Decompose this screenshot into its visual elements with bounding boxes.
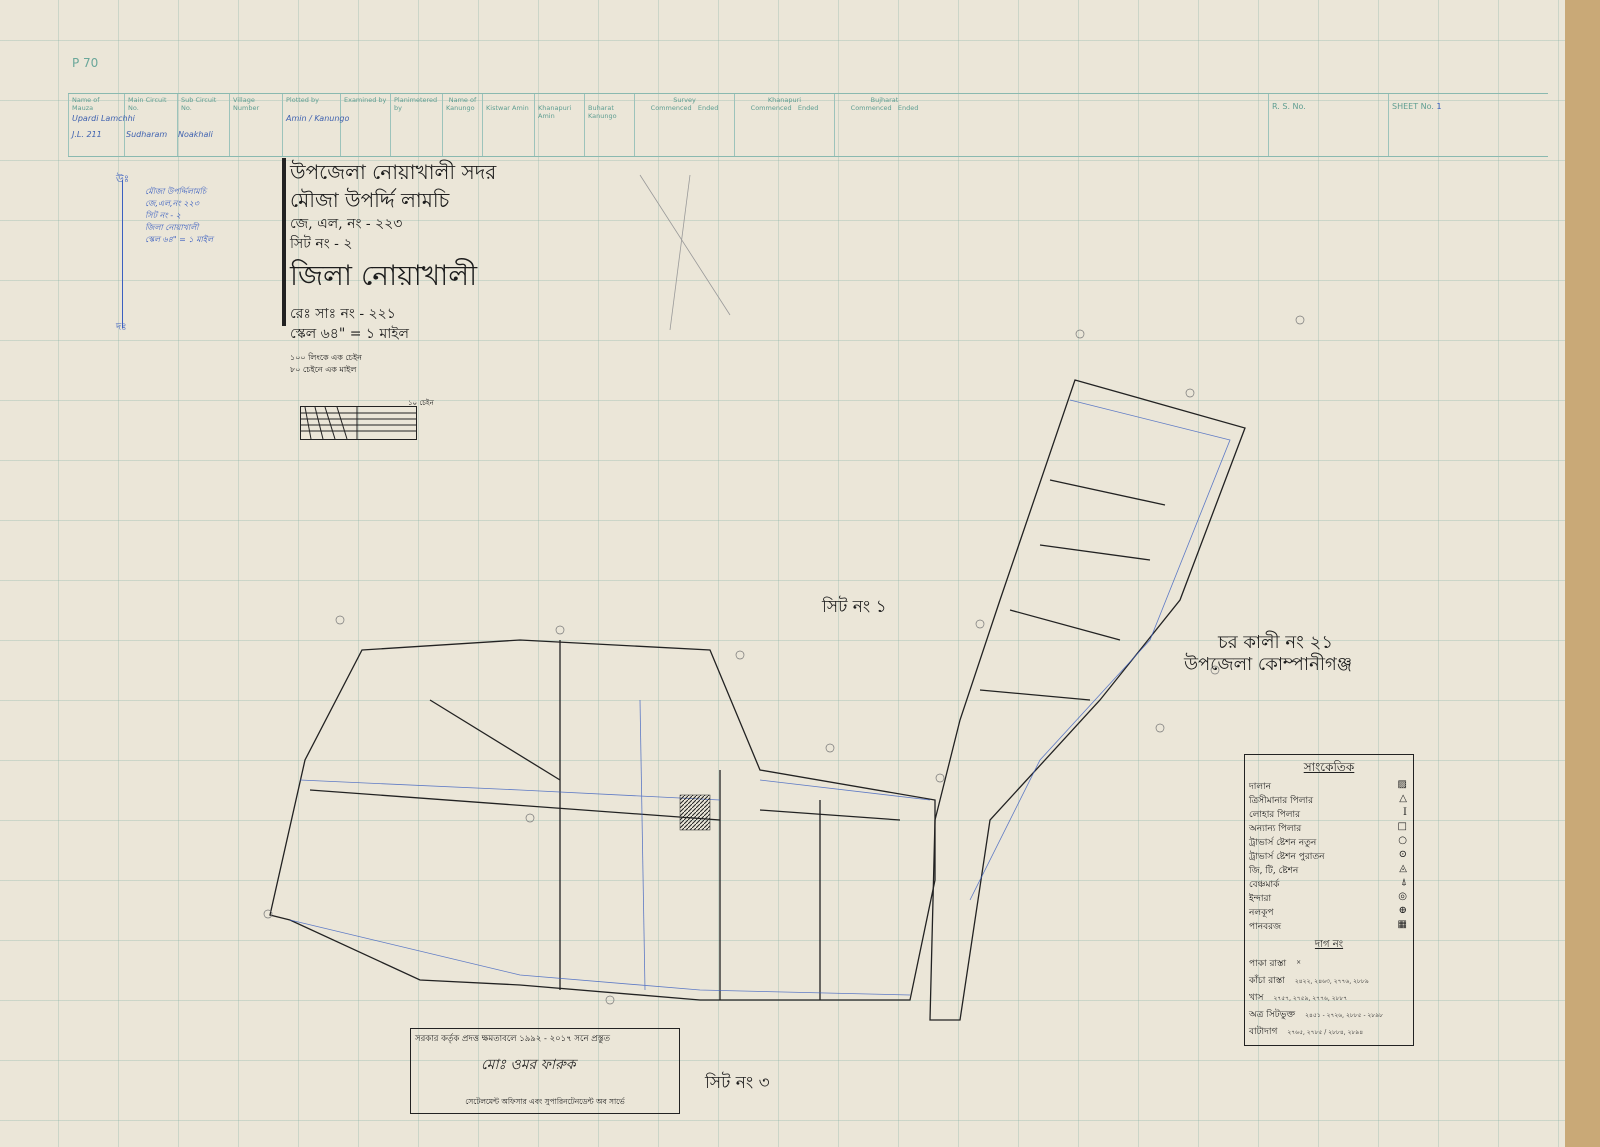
map-sheet: P 70 Name of Mauza Main Circuit No. Sub … <box>0 0 1565 1147</box>
certification-text: সরকার কর্তৃক প্রদত্ত ক্ষমতাবলে ১৯৯২ - ২০… <box>411 1029 679 1049</box>
legend-item: ট্রাভার্স ষ্টেশন নতুন○ <box>1245 835 1413 849</box>
legend-item: বেঞ্চমার্ক⍋ <box>1245 877 1413 891</box>
legend-title: সাংকেতিক <box>1245 759 1413 779</box>
legend-item: দালান▨ <box>1245 779 1413 793</box>
dag-row: পাকা রাস্তা× <box>1245 956 1413 973</box>
tubewell-icon: ⊕ <box>1399 905 1407 919</box>
tri-junction-pillar-icon: △ <box>1399 793 1407 807</box>
legend-item: পানবরজ▦ <box>1245 919 1413 933</box>
dag-row: কাঁচা রাস্তা২৪২২, ২৪৬৩, ২৭৭৬, ২৮৮৯ <box>1245 973 1413 990</box>
legend-item: অন্যান্য পিলার□ <box>1245 821 1413 835</box>
other-pillar-icon: □ <box>1398 821 1407 835</box>
traverse-station-old-icon: ⊙ <box>1399 849 1407 863</box>
map-legend: সাংকেতিক দালান▨ ত্রিসীমানার পিলার△ লোহার… <box>1244 754 1414 1046</box>
legend-item: ইন্দারা◎ <box>1245 891 1413 905</box>
dag-number-title: দাগ নং <box>1245 937 1413 954</box>
iron-pillar-icon: I <box>1403 807 1407 821</box>
well-icon: ◎ <box>1398 891 1407 905</box>
benchmark-icon: ⍋ <box>1401 877 1407 891</box>
betel-garden-icon: ▦ <box>1398 919 1407 933</box>
adjacent-upazila-label: উপজেলা কোম্পানীগঞ্জ <box>1184 650 1352 681</box>
legend-item: লোহার পিলারI <box>1245 807 1413 821</box>
dag-row: খাস২৭৫৭, ২৭৫৯, ২৭৭৬, ২৮৮৭ <box>1245 990 1413 1007</box>
certification-block: সরকার কর্তৃক প্রদত্ত ক্ষমতাবলে ১৯৯২ - ২০… <box>410 1028 680 1114</box>
adjacent-sheet-3-label: সিট নং ৩ <box>705 1070 770 1098</box>
traverse-station-new-icon: ○ <box>1398 835 1407 849</box>
legend-item: ত্রিসীমানার পিলার△ <box>1245 793 1413 807</box>
building-icon: ▨ <box>1398 779 1407 793</box>
dag-row: বাটাদাগ২৭৬৫, ২৭৮৫ / ২৮৮৪, ২৮৯৪ <box>1245 1024 1413 1041</box>
paper-edge <box>1565 0 1600 1147</box>
dag-row: অত্র সিটভুক্ত২৪৫১ - ২৭২৬, ২৮৮৫ - ২৮৯৮ <box>1245 1007 1413 1024</box>
legend-item: ট্রাভার্স ষ্টেশন পুরাতন⊙ <box>1245 849 1413 863</box>
legend-item: নলকূপ⊕ <box>1245 905 1413 919</box>
officer-signature: মোঃ ওমর ফারুক <box>411 1049 679 1077</box>
adjacent-sheet-1-label: সিট নং ১ <box>822 594 887 622</box>
main-parcel-outline <box>270 640 935 1000</box>
legend-item: জি, টি, ষ্টেশন◬ <box>1245 863 1413 877</box>
gt-station-icon: ◬ <box>1399 863 1407 877</box>
officer-designation: সেটেলমেন্ট অফিসার এবং সুপারিনটেনডেন্ট অব… <box>411 1097 679 1109</box>
